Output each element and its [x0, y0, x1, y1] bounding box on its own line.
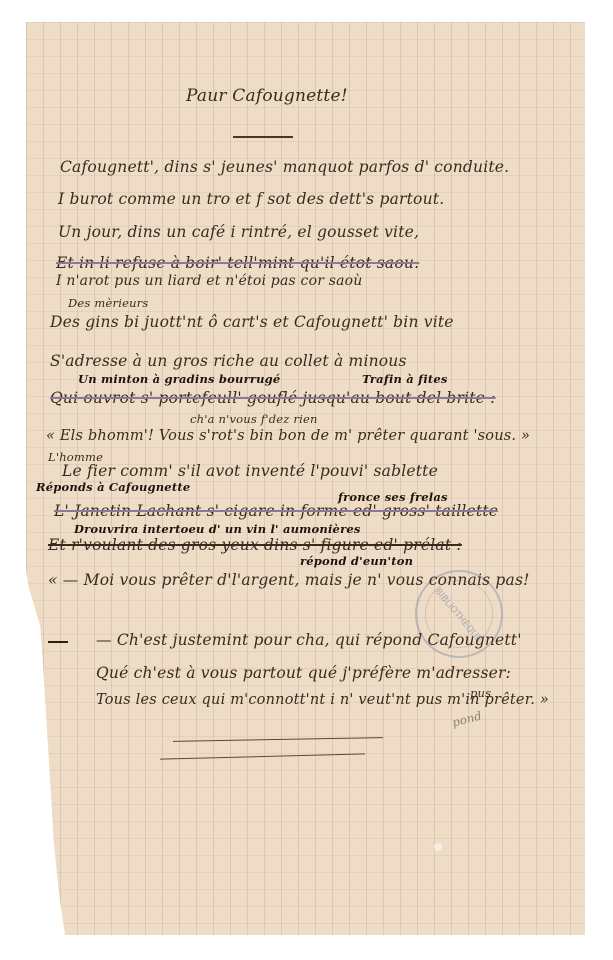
insertion-un-minton: Un minton à gradins bourrugé — [78, 372, 280, 386]
dialogue-dash — [48, 641, 68, 643]
page-title: Paur Cafougnette! — [186, 86, 348, 106]
struck-line-10: L' Janetin Lachant s' cigare in forme ed… — [54, 502, 498, 520]
insertion-trafin: Trafin à fites — [362, 372, 448, 386]
insertion-cha-nvous: ch'a n'vous f'dez rien — [190, 412, 318, 426]
verse-line-4-revision: I n'arot pus un liard et n'étoi pas cor … — [56, 273, 363, 289]
verse-line-1: Cafougnett', dins s' jeunes' manquot par… — [60, 158, 509, 176]
verse-line-13: — Ch'est justemint pour cha, qui répond … — [96, 631, 522, 649]
verse-line-9: Le fier comm' s'il avot inventé l'pouvi'… — [62, 462, 438, 480]
verse-line-6: S'adresse à un gros riche au collet à mi… — [50, 352, 407, 370]
verse-line-12: « — Moi vous prêter d'l'argent, mais je … — [48, 571, 530, 589]
verse-line-8: « Els bhomm'! Vous s'rot's bin bon de m'… — [46, 428, 530, 444]
insertion-pus: pus — [470, 686, 491, 700]
title-underline — [233, 136, 293, 138]
verse-line-5: Des gins bi juott'nt ô cart's et Cafougn… — [50, 313, 454, 331]
struck-line-4: Et in li refuse à boir' tell'mint qu'il … — [56, 254, 419, 272]
insertion-reponds: Réponds à Cafougnette — [36, 480, 190, 494]
verse-line-2: I burot comme un tro et f sot des dett's… — [58, 190, 444, 208]
paper-stain — [434, 843, 442, 851]
verse-line-14: Qué ch'est à vous partout qué j'préfère … — [96, 664, 511, 682]
struck-line-11: Et r'voulant des gros yeux dins s' figur… — [48, 536, 462, 554]
verse-line-3: Un jour, dins un café i rintré, el gouss… — [58, 223, 419, 241]
insertion-des-merieurs: Des mèrieurs — [68, 296, 148, 310]
insertion-drouvrira: Drouvrira intertoeu d' un vin l' aumoniè… — [74, 522, 361, 536]
struck-line-7: Qui ouvrot s' portefeull' gouflé jusqu'a… — [50, 389, 496, 407]
insertion-repond: répond d'eun'ton — [300, 554, 413, 568]
